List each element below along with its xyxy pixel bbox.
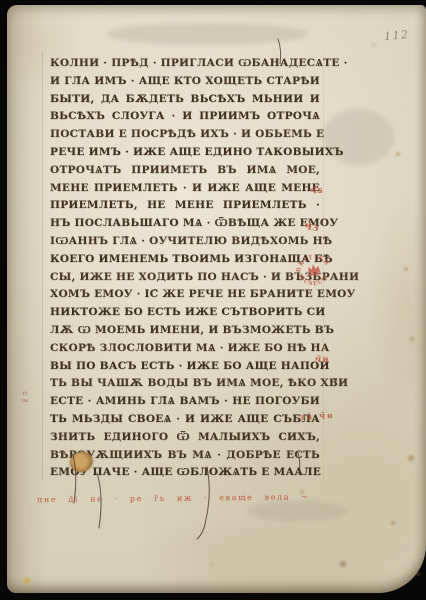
manuscript-line: ПОСТАВИ Е ПОСРѢДѢ ИХЪ · И ОБЬЕМЬ Е xyxy=(50,126,320,144)
manuscript-line: ОТРОЧѦТЪ ПРИИМЕТЬ ВЪ ИМѦ МОЕ, xyxy=(50,162,320,180)
margin-section-number: ч̃ѕ xyxy=(310,186,324,197)
margin-section-number: ч̃и xyxy=(315,355,330,365)
manuscript-line: СКОРѢ ЗЛОСЛОВИТИ МѦ · ИЖЕ БО НѢ НА xyxy=(50,340,320,358)
manuscript-line: КОЕГО ИМЕНЕМЬ ТВОИМЬ ИЗГОНѦЩА БѢ xyxy=(50,251,320,269)
manuscript-line: НИКТОЖЕ БО ЕСТЬ ИЖЕ СЪТВОРИТЬ СИ xyxy=(50,304,320,322)
crown-icon xyxy=(307,263,321,276)
manuscript-line: ЗНИТЬ ЕДИНОГО Ѿ МАЛЫИХЪ СИХЪ, xyxy=(50,429,320,447)
photograph-background: 112 КОЛНИ · ПРѢД · ПРИГЛАСИ ѠБАНАДЕСѦТЕ … xyxy=(0,0,426,600)
manuscript-line: ПРИЕМЛЕТЬ, НЕ МЕНЕ ПРИЕМЛЕТЬ · xyxy=(50,197,320,215)
manuscript-line: БЫТИ, ДА БѪДЕТЬ ВЬСѢХЪ МЬНИИ И xyxy=(50,91,320,109)
manuscript-line: ЕСТЕ · АМИНЬ ГЛ̃Ѧ ВАМЪ · НЕ ПОГОУБИ xyxy=(50,393,320,411)
manuscript-line: МЕНЕ ПРИЕМЛЕТЬ · И ИЖЕ АЩЕ МЕНЕ xyxy=(50,180,320,198)
ruling-line-left xyxy=(42,51,43,481)
manuscript-line: КОЛНИ · ПРѢД · ПРИГЛАСИ ѠБАНАДЕСѦТЕ · xyxy=(50,55,320,73)
ink-showthrough-smudge xyxy=(107,23,307,45)
foxing-specks xyxy=(7,5,11,9)
manuscript-line: СЫ, ИЖЕ НЕ ХОДИТЬ ПО НАСЪ · И ВЪЗБРАНИ xyxy=(50,269,320,287)
manuscript-line: РЕЧЕ ИМЪ · ИЖЕ АЩЕ ЕДИНО ТАКОВЫИХЪ xyxy=(50,144,320,162)
manuscript-line: ТЬ МЬЗДЫ СВОЕѦ · И ИЖЕ АЩЕ СЪБЛА xyxy=(50,411,320,429)
ink-showthrough-smudge xyxy=(247,501,347,521)
left-margin-note-line: г̃і xyxy=(17,391,33,398)
manuscript-line: ІѠАННЪ ГЛ̃Ѧ · ОУЧИТЕЛЮ ВИДѢХОМЬ НѢ xyxy=(50,233,320,251)
rubric-note: пне д̃і не · ре г̃ь иж · еваще вела ~ xyxy=(37,493,267,504)
manuscript-line: ЛѪ Ѡ МОЕМЬ ИМЕНИ, И ВЪЗМОЖЕТЬ ВЪ xyxy=(50,322,320,340)
manuscript-line: И ГЛ̃А ИМЪ · АЩЕ КТО ХОЩЕТЬ СТАРѢИ xyxy=(50,73,320,91)
manuscript-line: ВЫ ПО ВАСЪ ЕСТЬ · ИЖЕ БО АЩЕ НАПОИ xyxy=(50,358,320,376)
manuscript-line: ВЬСѢХЪ СЛОУГА · И ПРИИМЪ ОТРОЧѦ xyxy=(50,108,320,126)
manuscript-page: 112 КОЛНИ · ПРѢД · ПРИГЛАСИ ѠБАНАДЕСѦТЕ … xyxy=(7,5,426,593)
text-block: КОЛНИ · ПРѢД · ПРИГЛАСИ ѠБАНАДЕСѦТЕ ·И Г… xyxy=(50,55,320,482)
manuscript-line: ХОМЪ ЕМОУ · ІС̃ ЖЕ РЕЧЕ НЕ БРАНИТЕ ЕМОУ xyxy=(50,286,320,304)
manuscript-line: НЪ ПОСЛАВЬШАГО МѦ · ѾВѢЩА ЖЕ ЕМОУ xyxy=(50,215,320,233)
library-stamp: BRITISH MUSEUM xyxy=(292,248,336,293)
manuscript-line: ТЬ ВЫ ЧАШѪ ВОДЫ ВЪ ИМѦ МОЕ, ѢКО ХВ̃И xyxy=(50,375,320,393)
left-margin-note: г̃і па xyxy=(17,391,33,405)
left-margin-note-line: па xyxy=(17,398,33,405)
folio-number: 112 xyxy=(383,28,410,43)
margin-section-number: ч̃з xyxy=(303,219,320,234)
